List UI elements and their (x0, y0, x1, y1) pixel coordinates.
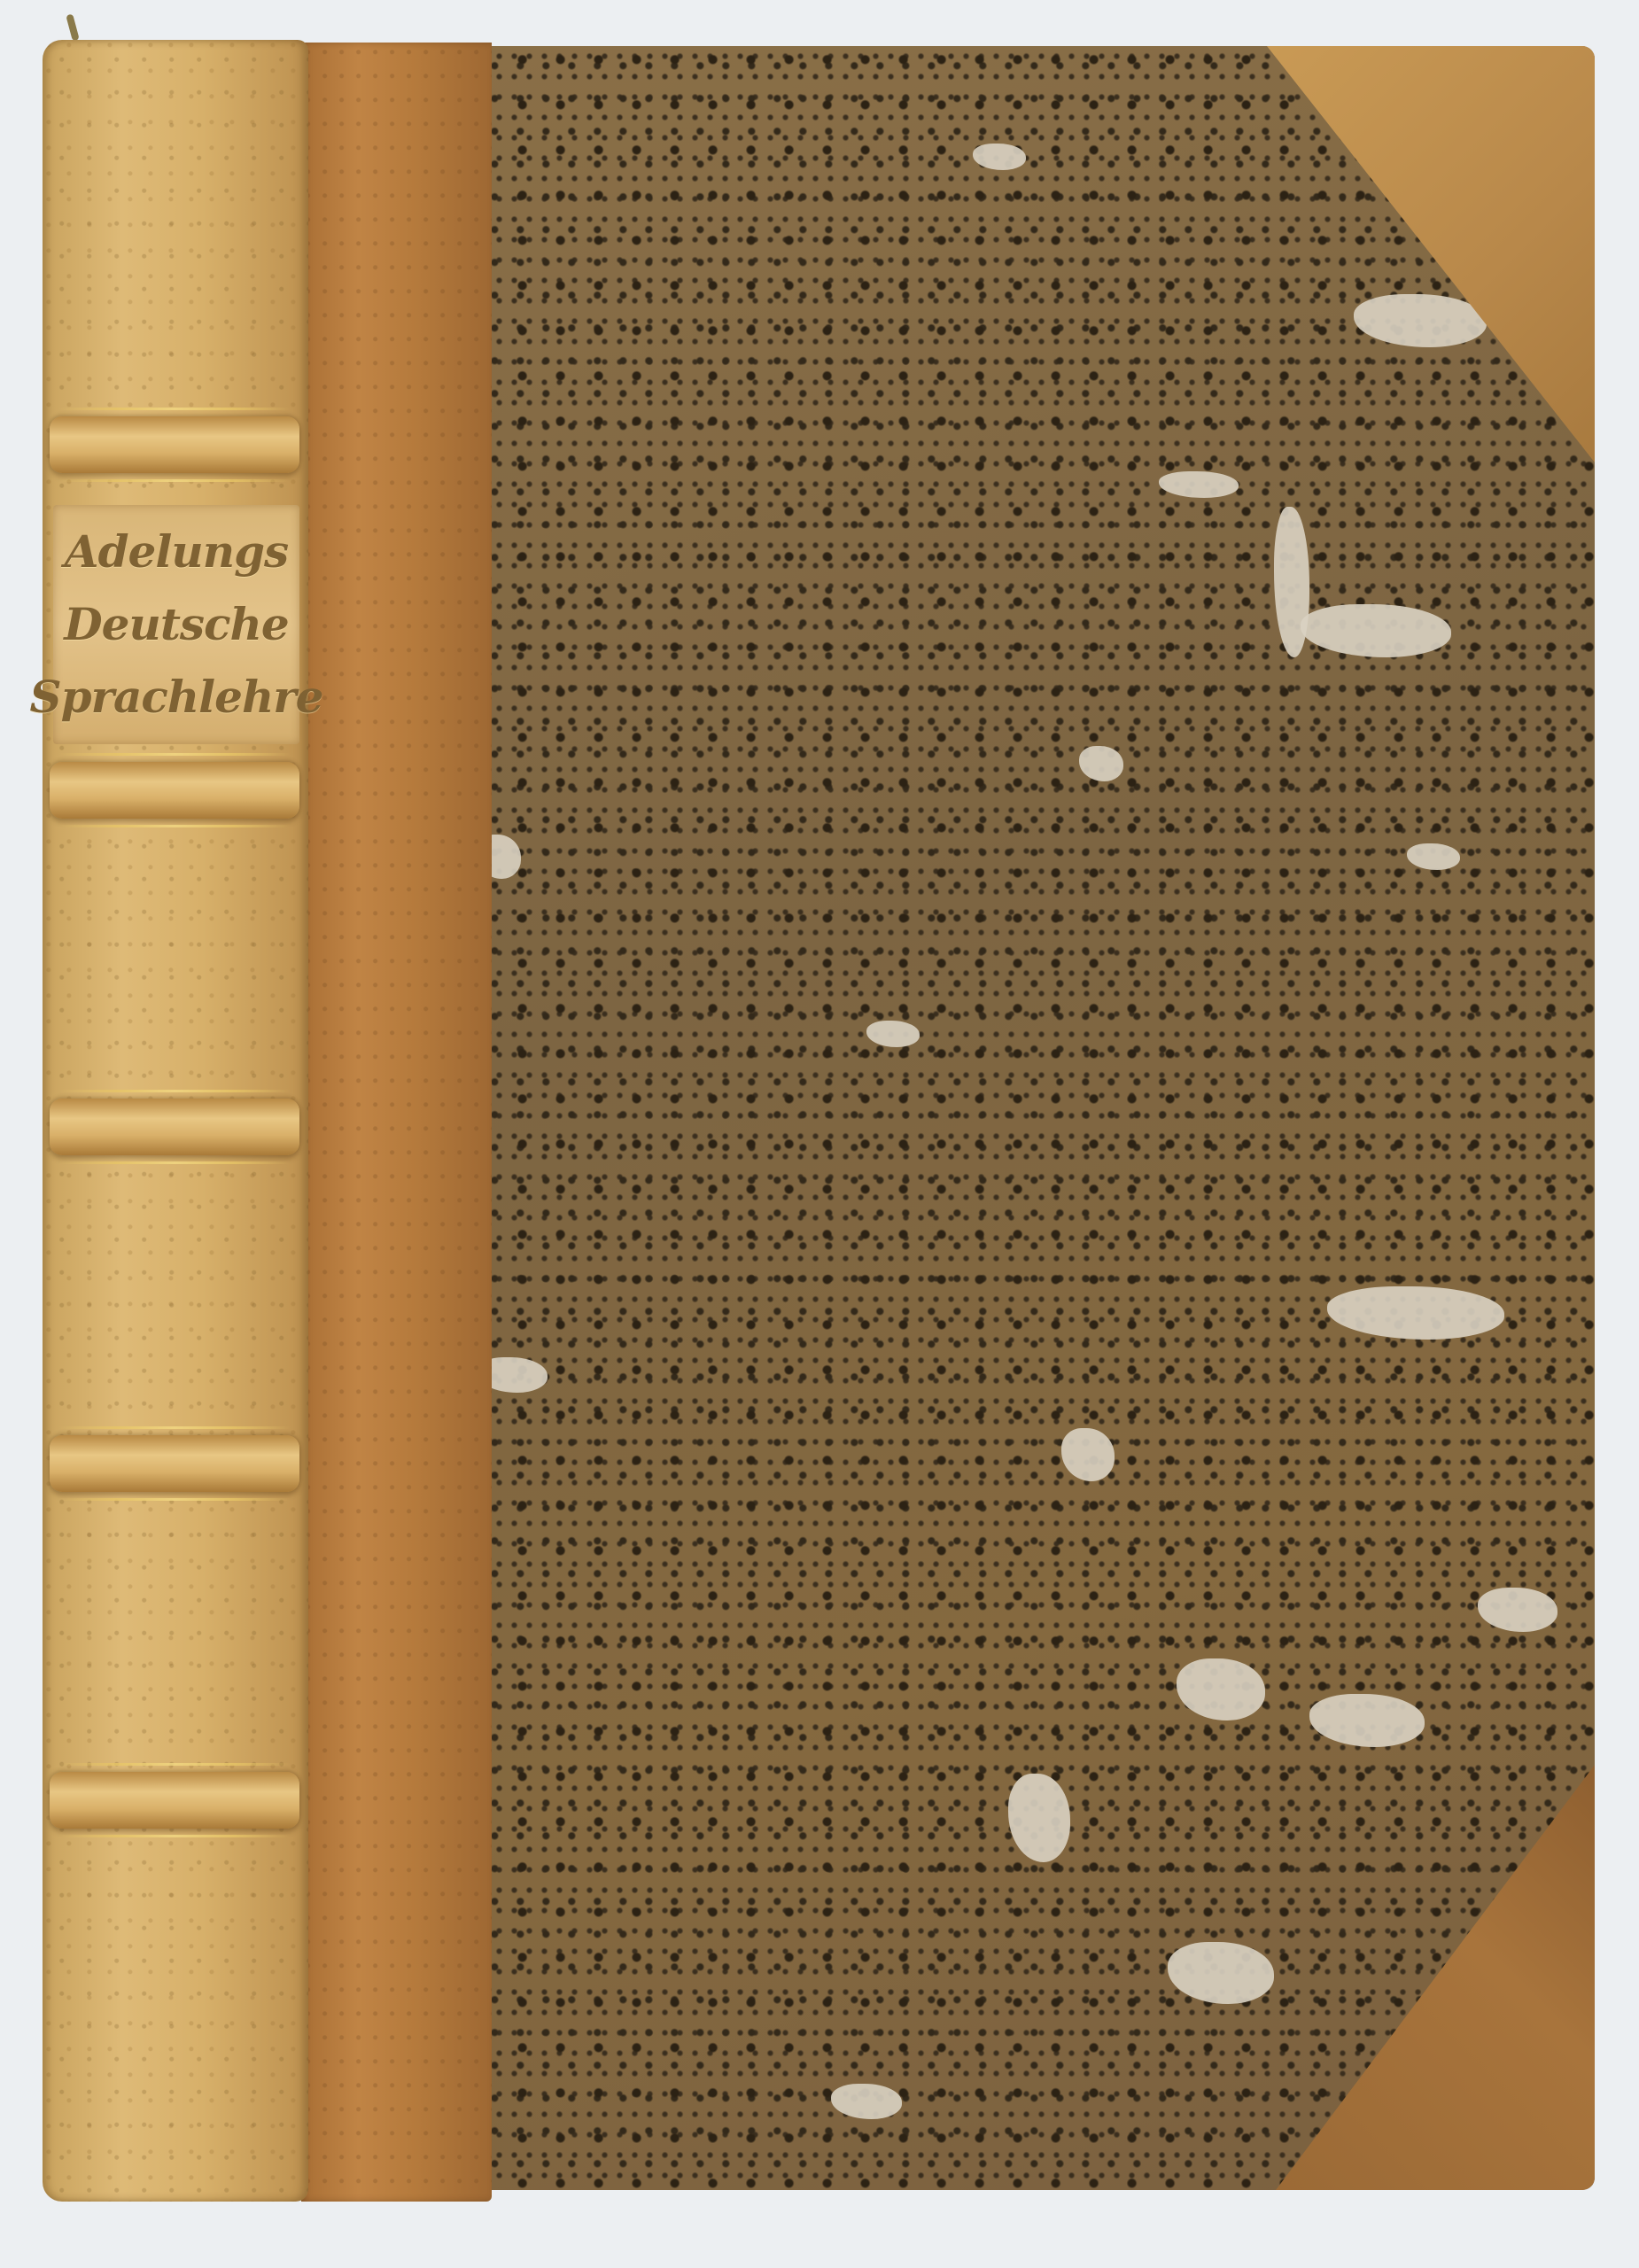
paper-scuff (1301, 604, 1451, 657)
paper-scuff (1079, 746, 1123, 781)
spine-label-line: Sprachlehre (30, 663, 323, 732)
paper-scuff (1177, 1658, 1265, 1720)
paper-scuff (866, 1021, 920, 1047)
raised-band (50, 416, 299, 473)
paper-scuff (1327, 1286, 1504, 1340)
paper-scuff (1309, 1694, 1425, 1747)
spine-title-label: Adelungs Deutsche Sprachlehre (53, 505, 299, 744)
paper-scuff (1061, 1428, 1115, 1481)
spine-label-line: Adelungs (65, 517, 288, 586)
raised-band (50, 1772, 299, 1829)
raised-band (50, 1435, 299, 1492)
leather-corner-bottom (1276, 1765, 1595, 2190)
leather-corner-top (1267, 46, 1595, 462)
paper-scuff (1168, 1942, 1274, 2004)
raised-band (50, 1099, 299, 1155)
book-spine: Adelungs Deutsche Sprachlehre (43, 40, 308, 2202)
book: Adelungs Deutsche Sprachlehre (43, 35, 1604, 2202)
marbled-paper-board (477, 46, 1595, 2190)
paper-scuff (973, 144, 1026, 170)
paper-scuff (1159, 471, 1239, 498)
paper-scuff (831, 2084, 902, 2119)
spine-label-line: Deutsche (64, 590, 288, 659)
paper-scuff (1354, 294, 1487, 347)
leather-hinge (301, 43, 492, 2202)
paper-scuff (1478, 1588, 1557, 1632)
paper-scuff (1407, 843, 1460, 870)
raised-band (50, 762, 299, 819)
paper-scuff (1008, 1774, 1070, 1862)
